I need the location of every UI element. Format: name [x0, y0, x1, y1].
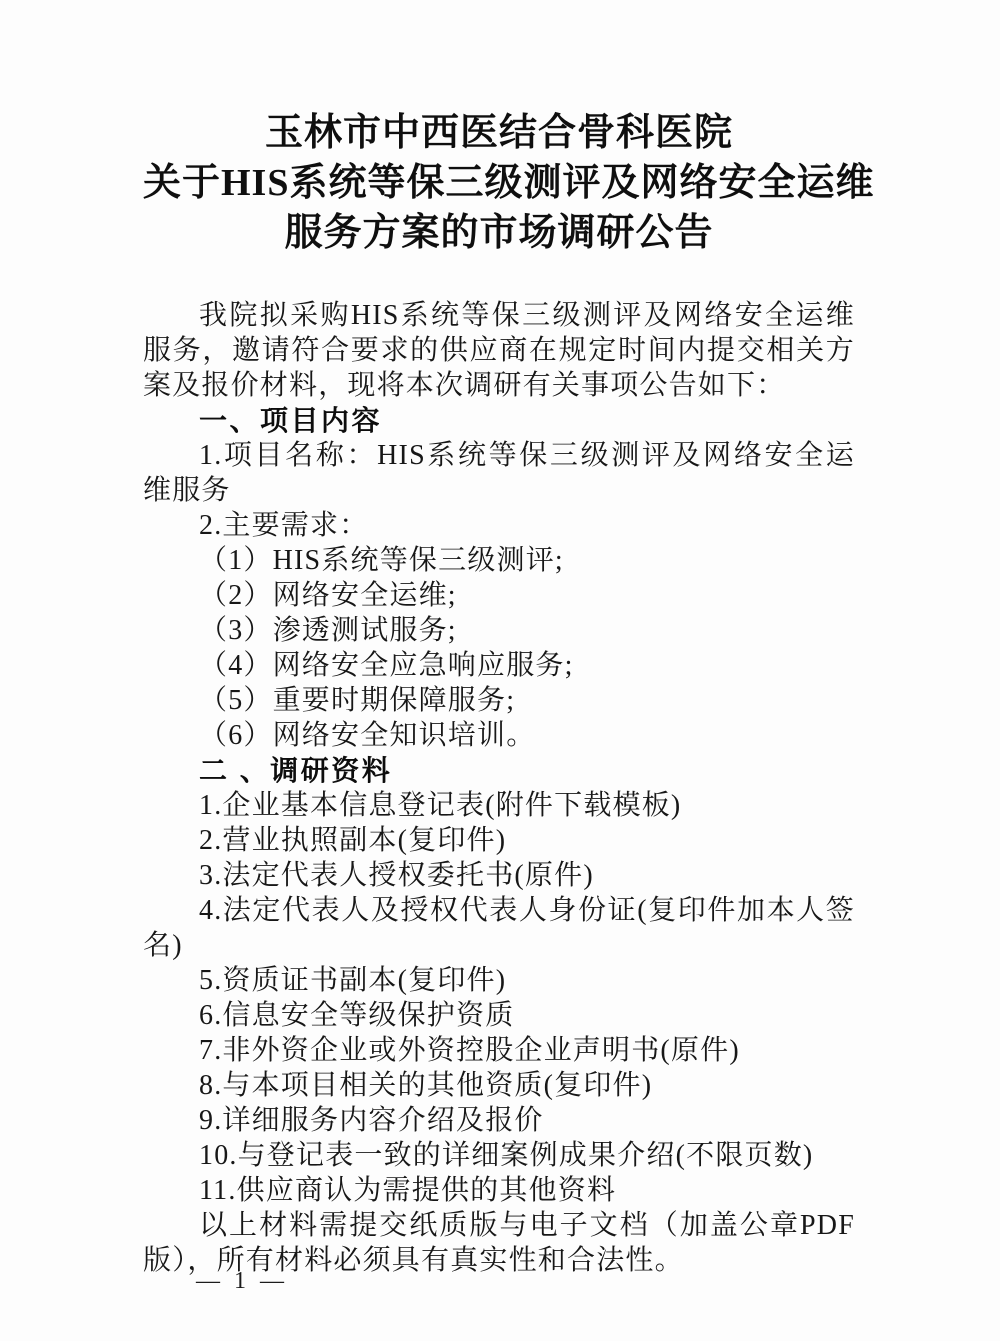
section-1-item-7: （5）重要时期保障服务;	[143, 683, 855, 718]
section-2-item-9: 9.详细服务内容介绍及报价	[143, 1103, 855, 1138]
page-footer: — 1 —	[196, 1268, 288, 1295]
section-2-item-11: 11.供应商认为需提供的其他资料	[143, 1173, 855, 1208]
section-2-item-1: 1.企业基本信息登记表(附件下载模板)	[143, 788, 855, 823]
section-1-item-2: 2.主要需求：	[143, 508, 855, 543]
section-1-item-6: （4）网络安全应急响应服务;	[143, 648, 855, 683]
section-1-heading: 一、项目内容	[143, 403, 855, 438]
section-2-item-3: 3.法定代表人授权委托书(原件)	[143, 858, 855, 893]
document-title-line-2: 关于HIS系统等保三级测评及网络安全运维	[143, 158, 855, 208]
section-2-item-7: 7.非外资企业或外资控股企业声明书(原件)	[143, 1033, 855, 1068]
section-1-item-3: （1）HIS系统等保三级测评;	[143, 543, 855, 578]
section-2-item-8: 8.与本项目相关的其他资质(复印件)	[143, 1068, 855, 1103]
section-2-item-5: 5.资质证书副本(复印件)	[143, 963, 855, 998]
document-title: 玉林市中西医结合骨科医院 关于HIS系统等保三级测评及网络安全运维 服务方案的市…	[143, 108, 855, 258]
document-body: 我院拟采购HIS系统等保三级测评及网络安全运维服务，邀请符合要求的供应商在规定时…	[143, 298, 855, 1278]
section-2-item-4: 4.法定代表人及授权代表人身份证(复印件加本人签名)	[143, 893, 855, 963]
document-page: 玉林市中西医结合骨科医院 关于HIS系统等保三级测评及网络安全运维 服务方案的市…	[0, 0, 1000, 1341]
section-2-item-2: 2.营业执照副本(复印件)	[143, 823, 855, 858]
section-2-item-6: 6.信息安全等级保护资质	[143, 998, 855, 1033]
page-number: — 1 —	[196, 1268, 288, 1294]
section-2-item-10: 10.与登记表一致的详细案例成果介绍(不限页数)	[143, 1138, 855, 1173]
document-title-line-1: 玉林市中西医结合骨科医院	[143, 108, 855, 158]
section-1-item-4: （2）网络安全运维;	[143, 578, 855, 613]
section-2-heading: 二 、调研资料	[143, 753, 855, 788]
intro-paragraph: 我院拟采购HIS系统等保三级测评及网络安全运维服务，邀请符合要求的供应商在规定时…	[143, 298, 855, 403]
section-1-item-8: （6）网络安全知识培训。	[143, 718, 855, 753]
section-1-item-5: （3）渗透测试服务;	[143, 613, 855, 648]
section-1-item-1: 1.项目名称：HIS系统等保三级测评及网络安全运维服务	[143, 438, 855, 508]
document-title-line-3: 服务方案的市场调研公告	[143, 208, 855, 258]
